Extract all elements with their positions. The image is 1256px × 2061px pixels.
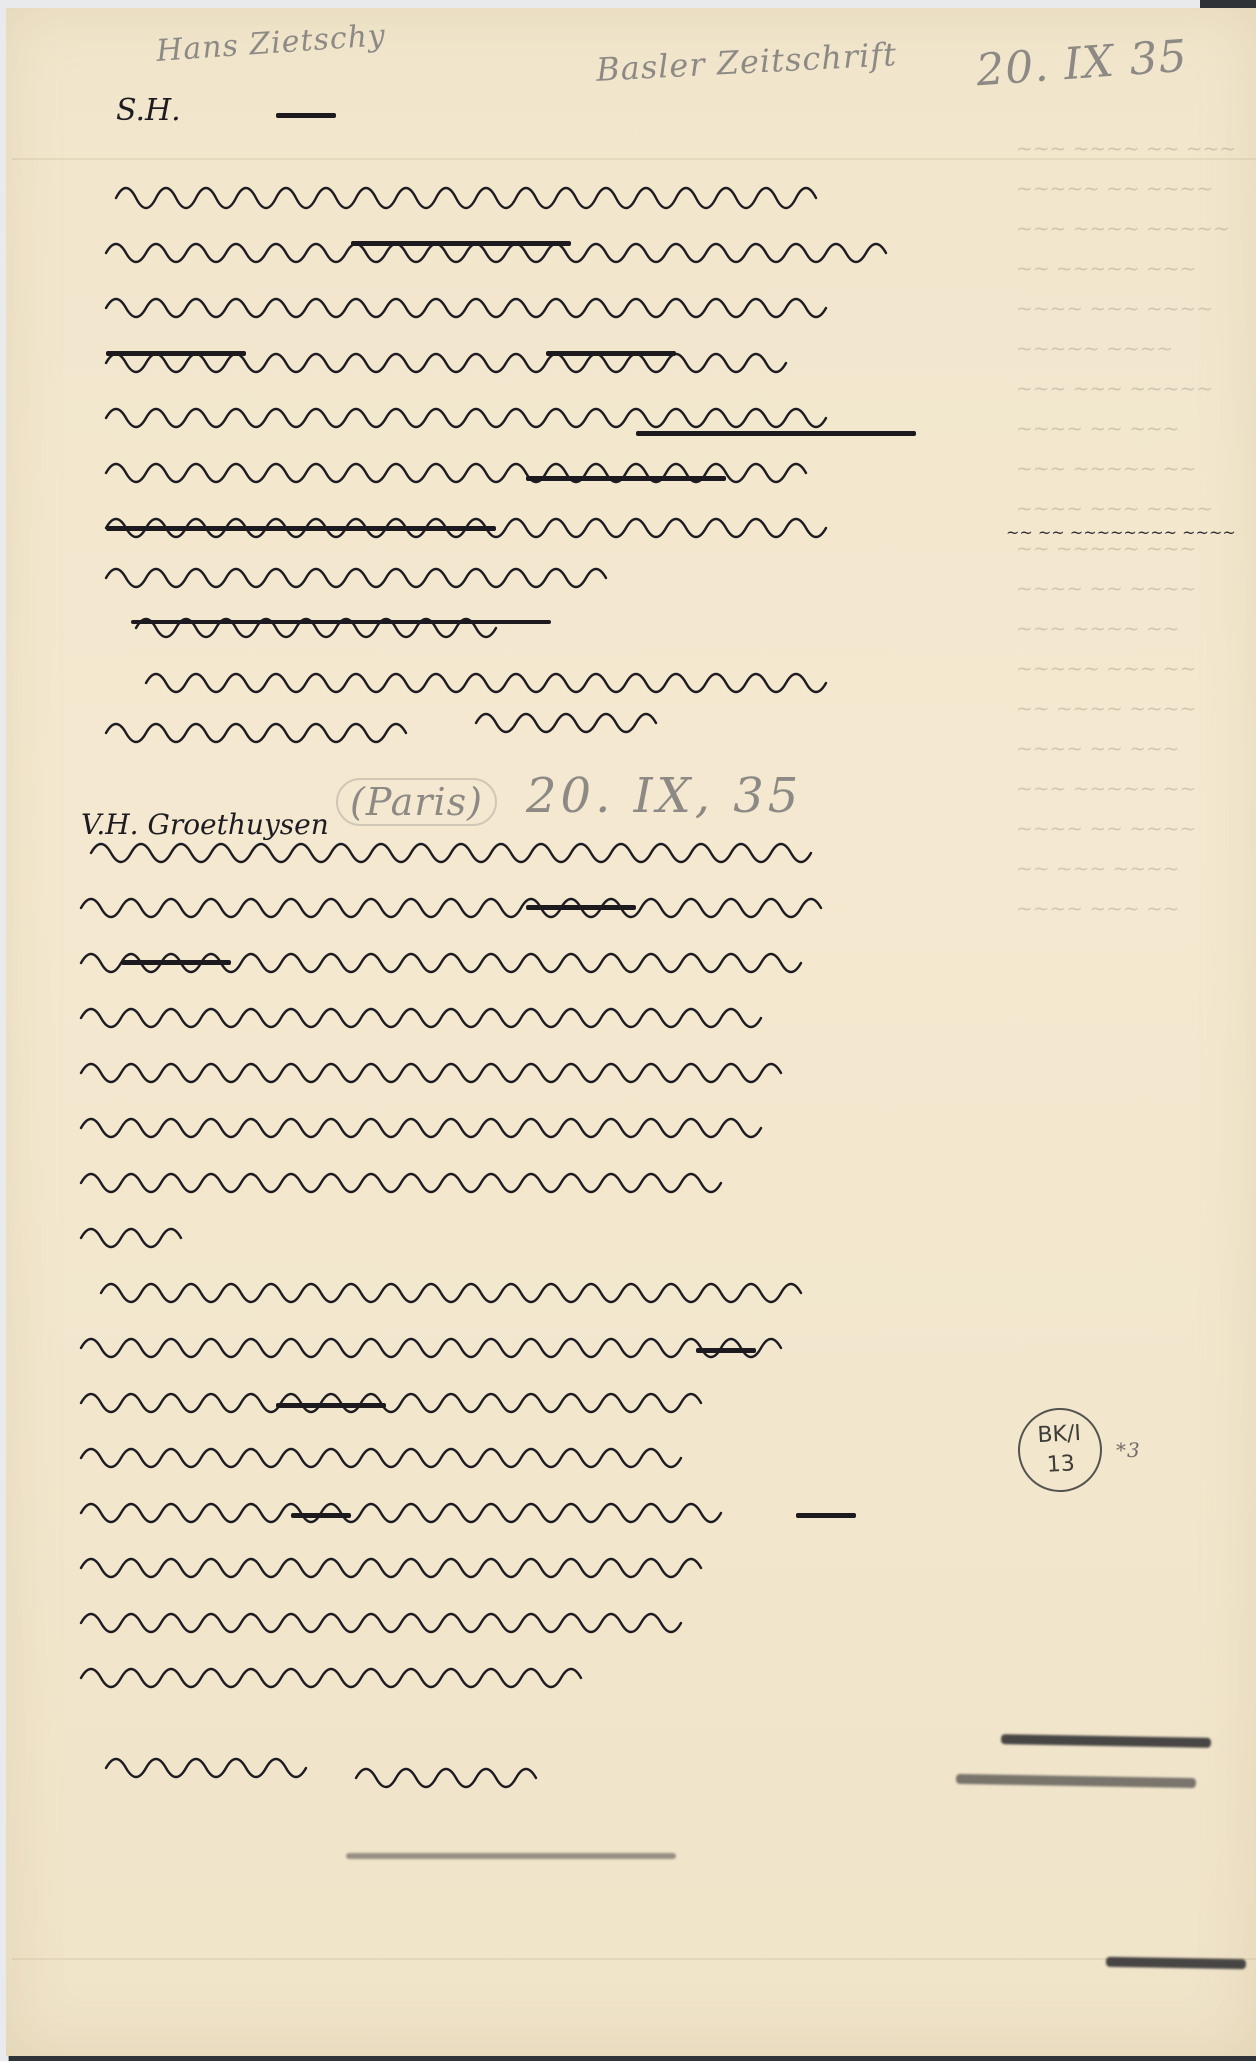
- pencil-name-annotation: Hans Zietschy: [155, 18, 387, 69]
- strikethrough: [276, 113, 336, 118]
- letter1-salutation: S.H.: [116, 93, 181, 128]
- strikethrough: [106, 351, 246, 356]
- letter2-heading: V.H. Groethuysen: [81, 808, 329, 841]
- strikethrough: [291, 1513, 351, 1518]
- pencil-date-annotation: 20. IX 35: [974, 31, 1189, 97]
- letter2-closing: [106, 1748, 706, 1808]
- strikethrough: [131, 620, 551, 624]
- ink-cancellation-mark: [956, 1774, 1196, 1788]
- letter1-closing: [106, 608, 1006, 748]
- letter1-handwriting: [106, 148, 1006, 628]
- ink-cancellation-mark: [1001, 1734, 1211, 1748]
- strikethrough: [696, 1348, 756, 1353]
- strikethrough: [106, 526, 496, 531]
- pencil-date-mid-annotation: 20. IX, 35: [526, 768, 802, 824]
- scan-border-top: [0, 0, 1200, 8]
- strikethrough: [546, 351, 676, 356]
- archive-stamp-line1: BK/I: [1018, 1418, 1099, 1452]
- faint-cancellation-mark: [346, 1853, 676, 1859]
- strikethrough: [121, 960, 231, 965]
- letter2-handwriting: [81, 838, 1001, 1738]
- ink-cancellation-mark: [1106, 1957, 1246, 1969]
- strikethrough: [351, 241, 571, 246]
- margin-mark: *3: [1116, 1438, 1141, 1462]
- manuscript-page: ~~~ ~~~~ ~~ ~~~~~~~~ ~~ ~~~~~~~ ~~~~ ~~~…: [6, 8, 1256, 2056]
- pencil-place-annotation: (Paris): [336, 778, 497, 826]
- margin-insertion: ~~ ~~ ~~~~~~~~ ~~~~: [1006, 523, 1236, 542]
- pencil-title-annotation: Basler Zeitschrift: [595, 35, 898, 89]
- strikethrough: [526, 476, 726, 481]
- strikethrough: [796, 1513, 856, 1518]
- archive-stamp-line2: 13: [1020, 1448, 1101, 1482]
- strikethrough: [526, 905, 636, 910]
- strikethrough: [636, 431, 916, 436]
- archive-stamp: BK/I 13: [1016, 1406, 1104, 1494]
- strikethrough: [276, 1403, 386, 1408]
- paper-fold: [12, 1958, 1256, 1960]
